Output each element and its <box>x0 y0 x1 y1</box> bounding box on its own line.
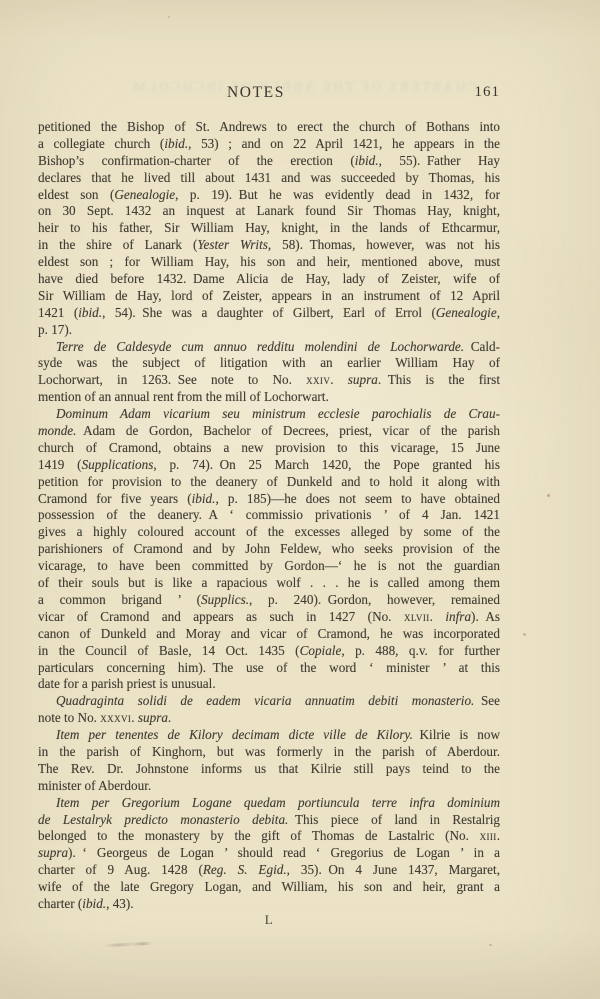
text-segment: Lochorwart, in 1263. See note to No. <box>38 372 306 387</box>
text-segment: mention of an annual rent from the mill … <box>38 389 329 404</box>
text-line: p. 17). <box>38 322 500 339</box>
paper-speck <box>168 16 170 18</box>
text-segment: of their souls but is like a rapacious w… <box>38 575 500 590</box>
text-line: church of Cramond, obtains a new provisi… <box>38 440 500 457</box>
text-line: de Lestalryk predicto monasterio debita.… <box>38 812 500 829</box>
text-segment: . This is the first <box>378 372 500 387</box>
text-segment: See <box>474 693 500 708</box>
text-line: gives a highly coloured account of the e… <box>38 524 500 541</box>
text-segment: petitioned the Bishop of St. Andrews to … <box>38 119 500 134</box>
text-segment: eldest son ( <box>38 187 114 202</box>
text-segment: vicarage, to have been committed by Gord… <box>38 558 500 573</box>
italic-text-segment: ibid. <box>164 136 188 151</box>
italic-text-segment: monde. <box>38 423 76 438</box>
text-line: Lochorwart, in 1263. See note to No. xxi… <box>38 372 500 389</box>
text-line: in the shire of Lanark (Yester Writs, 58… <box>38 237 500 254</box>
text-segment: . <box>330 372 348 387</box>
italic-text-segment: supra <box>38 845 68 860</box>
italic-text-segment: de Lestalryk predicto monasterio debita. <box>38 812 288 827</box>
italic-text-segment: Genealogie <box>114 187 175 202</box>
text-segment: on 30 Sept. 1432 an inquest at Lanark fo… <box>38 203 500 218</box>
italic-text-segment: Genealogie <box>436 305 497 320</box>
text-segment: in the Council of Basle, 14 Oct. 1435 ( <box>38 643 300 658</box>
smallcaps-text-segment: xiii <box>480 828 497 843</box>
italic-text-segment: Item per tenentes de Kilory decimam dict… <box>56 727 413 742</box>
text-line: heir to his father, Sir William Hay, kni… <box>38 220 500 237</box>
text-line: a common brigand ’ (Supplics., p. 240). … <box>38 592 500 609</box>
text-segment: , p. 185)—he does not seem to have obtai… <box>215 491 500 506</box>
text-line: parishioners of Cramond and by John Feld… <box>38 541 500 558</box>
text-segment: , <box>497 305 500 320</box>
paragraph: Quadraginta solidi de eadem vicaria annu… <box>38 693 500 727</box>
italic-text-segment: Supplics. <box>201 592 249 607</box>
text-segment: ). ‘ Georgeus de Logan ’ should read ‘ G… <box>68 845 500 860</box>
italic-text-segment: infra <box>445 609 471 624</box>
text-segment: This piece of land in Restalrig <box>288 812 500 827</box>
text-line: charter of 9 Aug. 1428 (Reg. S. Egid., 3… <box>38 862 500 879</box>
text-segment: charter of 9 Aug. 1428 ( <box>38 862 203 877</box>
text-segment: . <box>168 710 171 725</box>
paper-speck <box>523 633 526 636</box>
text-line: petition for provision to the deanery of… <box>38 474 500 491</box>
text-segment: minister of Aberdour. <box>38 778 151 793</box>
text-segment: parishioners of Cramond and by John Feld… <box>38 541 500 556</box>
italic-text-segment: Supplications <box>82 457 154 472</box>
text-segment: , 53) ; and on 22 April 1421, he appears… <box>188 136 500 151</box>
text-line: vicarage, to have been committed by Gord… <box>38 558 500 575</box>
smallcaps-text-segment: xlvii <box>404 609 430 624</box>
paragraph: Item per Gregorium Logane quedam portiun… <box>38 795 500 913</box>
text-line: Item per tenentes de Kilory decimam dict… <box>38 727 500 744</box>
text-segment: . <box>430 609 446 624</box>
paragraph: Dominum Adam vicarium seu ministrum eccl… <box>38 406 500 693</box>
text-segment: . <box>131 710 138 725</box>
text-line: supra). ‘ Georgeus de Logan ’ should rea… <box>38 845 500 862</box>
text-segment: declares that he lived till about 1431 a… <box>38 170 500 185</box>
text-segment: in the shire of Lanark ( <box>38 237 197 252</box>
page-number: 161 <box>475 84 501 101</box>
text-line: mention of an annual rent from the mill … <box>38 389 500 406</box>
italic-text-segment: ibid. <box>82 896 106 911</box>
text-segment: canon of Dunkeld and Moray and vicar of … <box>38 626 500 641</box>
text-segment: 1419 ( <box>38 457 82 472</box>
text-line: charter (ibid., 43). <box>38 896 500 913</box>
text-segment: . <box>497 828 500 843</box>
text-line: possession of the deanery. A ‘ commissio… <box>38 507 500 524</box>
text-line: of their souls but is like a rapacious w… <box>38 575 500 592</box>
text-segment: syde was the subject of litigation with … <box>38 355 500 370</box>
text-segment: Adam de Gordon, Bachelor of Decrees, pri… <box>76 423 500 438</box>
italic-text-segment: Item per Gregorium Logane quedam portiun… <box>56 795 500 810</box>
text-segment: a collegiate church ( <box>38 136 164 151</box>
text-line: syde was the subject of litigation with … <box>38 355 500 372</box>
text-line: particulars concerning him). The use of … <box>38 660 500 677</box>
text-segment: in the parish of Kinghorn, but was forme… <box>38 744 500 759</box>
text-segment: heir to his father, Sir William Hay, kni… <box>38 220 500 235</box>
text-line: Quadraginta solidi de eadem vicaria annu… <box>38 693 500 710</box>
text-segment: a common brigand ’ ( <box>38 592 201 607</box>
paper-speck <box>489 944 492 946</box>
text-segment: ). As <box>471 609 500 624</box>
text-segment: particulars concerning him). The use of … <box>38 660 500 675</box>
text-line: The Rev. Dr. Johnstone informs us that K… <box>38 761 500 778</box>
text-line: eldest son ; for William Hay, his son an… <box>38 254 500 271</box>
paragraph: petitioned the Bishop of St. Andrews to … <box>38 119 500 339</box>
italic-text-segment: Copiale <box>300 643 342 658</box>
italic-text-segment: Reg. S. Egid. <box>203 862 287 877</box>
text-segment: note to No. <box>38 710 100 725</box>
text-segment: , 54). She was a daughter of Gilbert, Ea… <box>102 305 436 320</box>
text-segment: Cald- <box>464 339 500 354</box>
text-line: in the Council of Basle, 14 Oct. 1435 (C… <box>38 643 500 660</box>
text-segment: The Rev. Dr. Johnstone informs us that K… <box>38 761 500 776</box>
italic-text-segment: Yester Writs <box>197 237 268 252</box>
paragraph: Item per tenentes de Kilory decimam dict… <box>38 727 500 795</box>
text-line: petitioned the Bishop of St. Andrews to … <box>38 119 500 136</box>
text-segment: date for a parish priest is unusual. <box>38 676 216 691</box>
text-line: monde. Adam de Gordon, Bachelor of Decre… <box>38 423 500 440</box>
text-line: note to No. xxxvi. supra. <box>38 710 500 727</box>
italic-text-segment: ibid. <box>192 491 216 506</box>
text-line: in the parish of Kinghorn, but was forme… <box>38 744 500 761</box>
text-line: have died before 1432. Dame Alicia de Ha… <box>38 271 500 288</box>
text-line: eldest son (Genealogie, p. 19). But he w… <box>38 187 500 204</box>
smallcaps-text-segment: xxxvi <box>100 710 131 725</box>
page-header: NOTES 161 <box>38 84 500 102</box>
text-line: 1419 (Supplications, p. 74). On 25 March… <box>38 457 500 474</box>
text-segment: , p. 74). On 25 March 1420, the Pope gra… <box>153 457 500 472</box>
text-segment: gives a highly coloured account of the e… <box>38 524 500 539</box>
text-segment: petition for provision to the deanery of… <box>38 474 500 489</box>
text-line: Cramond for five years (ibid., p. 185)—h… <box>38 491 500 508</box>
scanned-book-page: CHARTERS OF THE ABBEY OF INCHCOLM NOTES … <box>0 0 600 999</box>
paragraph: Terre de Caldesyde cum annuo redditu mol… <box>38 339 500 407</box>
text-segment: Sir William de Hay, lord of Zeister, app… <box>38 288 500 303</box>
text-segment: , 35). On 4 June 1437, Margaret, <box>287 862 500 877</box>
text-line: Item per Gregorium Logane quedam portiun… <box>38 795 500 812</box>
running-head: NOTES <box>25 84 487 102</box>
text-line: 1421 (ibid., 54). She was a daughter of … <box>38 305 500 322</box>
text-segment: belonged to the monastery by the gift of… <box>38 828 480 843</box>
text-segment: Kilrie is now <box>413 727 500 742</box>
smallcaps-text-segment: xxiv <box>306 372 330 387</box>
text-line: on 30 Sept. 1432 an inquest at Lanark fo… <box>38 203 500 220</box>
text-segment: Cramond for five years ( <box>38 491 192 506</box>
pencil-mark <box>104 942 152 948</box>
italic-text-segment: supra <box>348 372 378 387</box>
text-segment: , 58). Thomas, however, was not his <box>268 237 500 252</box>
text-segment: , p. 19). But he was evidently dead in 1… <box>175 187 500 202</box>
text-segment: vicar of Cramond and appears as such in … <box>38 609 404 624</box>
text-segment: charter ( <box>38 896 82 911</box>
italic-text-segment: ibid. <box>355 153 379 168</box>
text-line: Terre de Caldesyde cum annuo redditu mol… <box>38 339 500 356</box>
text-line: minister of Aberdour. <box>38 778 500 795</box>
text-line: wife of the late Gregory Logan, and Will… <box>38 879 500 896</box>
text-segment: eldest son ; for William Hay, his son an… <box>38 254 500 269</box>
text-segment: Bishop’s confirmation-charter of the ere… <box>38 153 355 168</box>
text-segment: p. 17). <box>38 322 72 337</box>
italic-text-segment: supra <box>138 710 168 725</box>
text-segment: , 43). <box>106 896 133 911</box>
text-line: Sir William de Hay, lord of Zeister, app… <box>38 288 500 305</box>
signature-mark: L <box>38 912 500 928</box>
text-segment: , p. 488, q.v. for further <box>341 643 500 658</box>
notes-text-block: petitioned the Bishop of St. Andrews to … <box>38 119 500 913</box>
text-line: date for a parish priest is unusual. <box>38 676 500 693</box>
italic-text-segment: Terre de Caldesyde cum annuo redditu mol… <box>56 339 464 354</box>
text-segment: church of Cramond, obtains a new provisi… <box>38 440 500 455</box>
text-line: Dominum Adam vicarium seu ministrum eccl… <box>38 406 500 423</box>
text-segment: possession of the deanery. A ‘ commissio… <box>38 507 500 522</box>
text-segment: , 55). Father Hay <box>379 153 500 168</box>
italic-text-segment: Dominum Adam vicarium seu ministrum eccl… <box>56 406 500 421</box>
text-line: declares that he lived till about 1431 a… <box>38 170 500 187</box>
italic-text-segment: ibid. <box>78 305 102 320</box>
text-line: belonged to the monastery by the gift of… <box>38 828 500 845</box>
text-segment: 1421 ( <box>38 305 78 320</box>
text-line: Bishop’s confirmation-charter of the ere… <box>38 153 500 170</box>
text-segment: , p. 240). Gordon, however, remained <box>249 592 500 607</box>
text-line: vicar of Cramond and appears as such in … <box>38 609 500 626</box>
italic-text-segment: Quadraginta solidi de eadem vicaria annu… <box>56 693 474 708</box>
text-line: canon of Dunkeld and Moray and vicar of … <box>38 626 500 643</box>
text-line: a collegiate church (ibid., 53) ; and on… <box>38 136 500 153</box>
paper-speck <box>547 494 550 497</box>
text-segment: wife of the late Gregory Logan, and Will… <box>38 879 500 894</box>
text-segment: have died before 1432. Dame Alicia de Ha… <box>38 271 500 286</box>
